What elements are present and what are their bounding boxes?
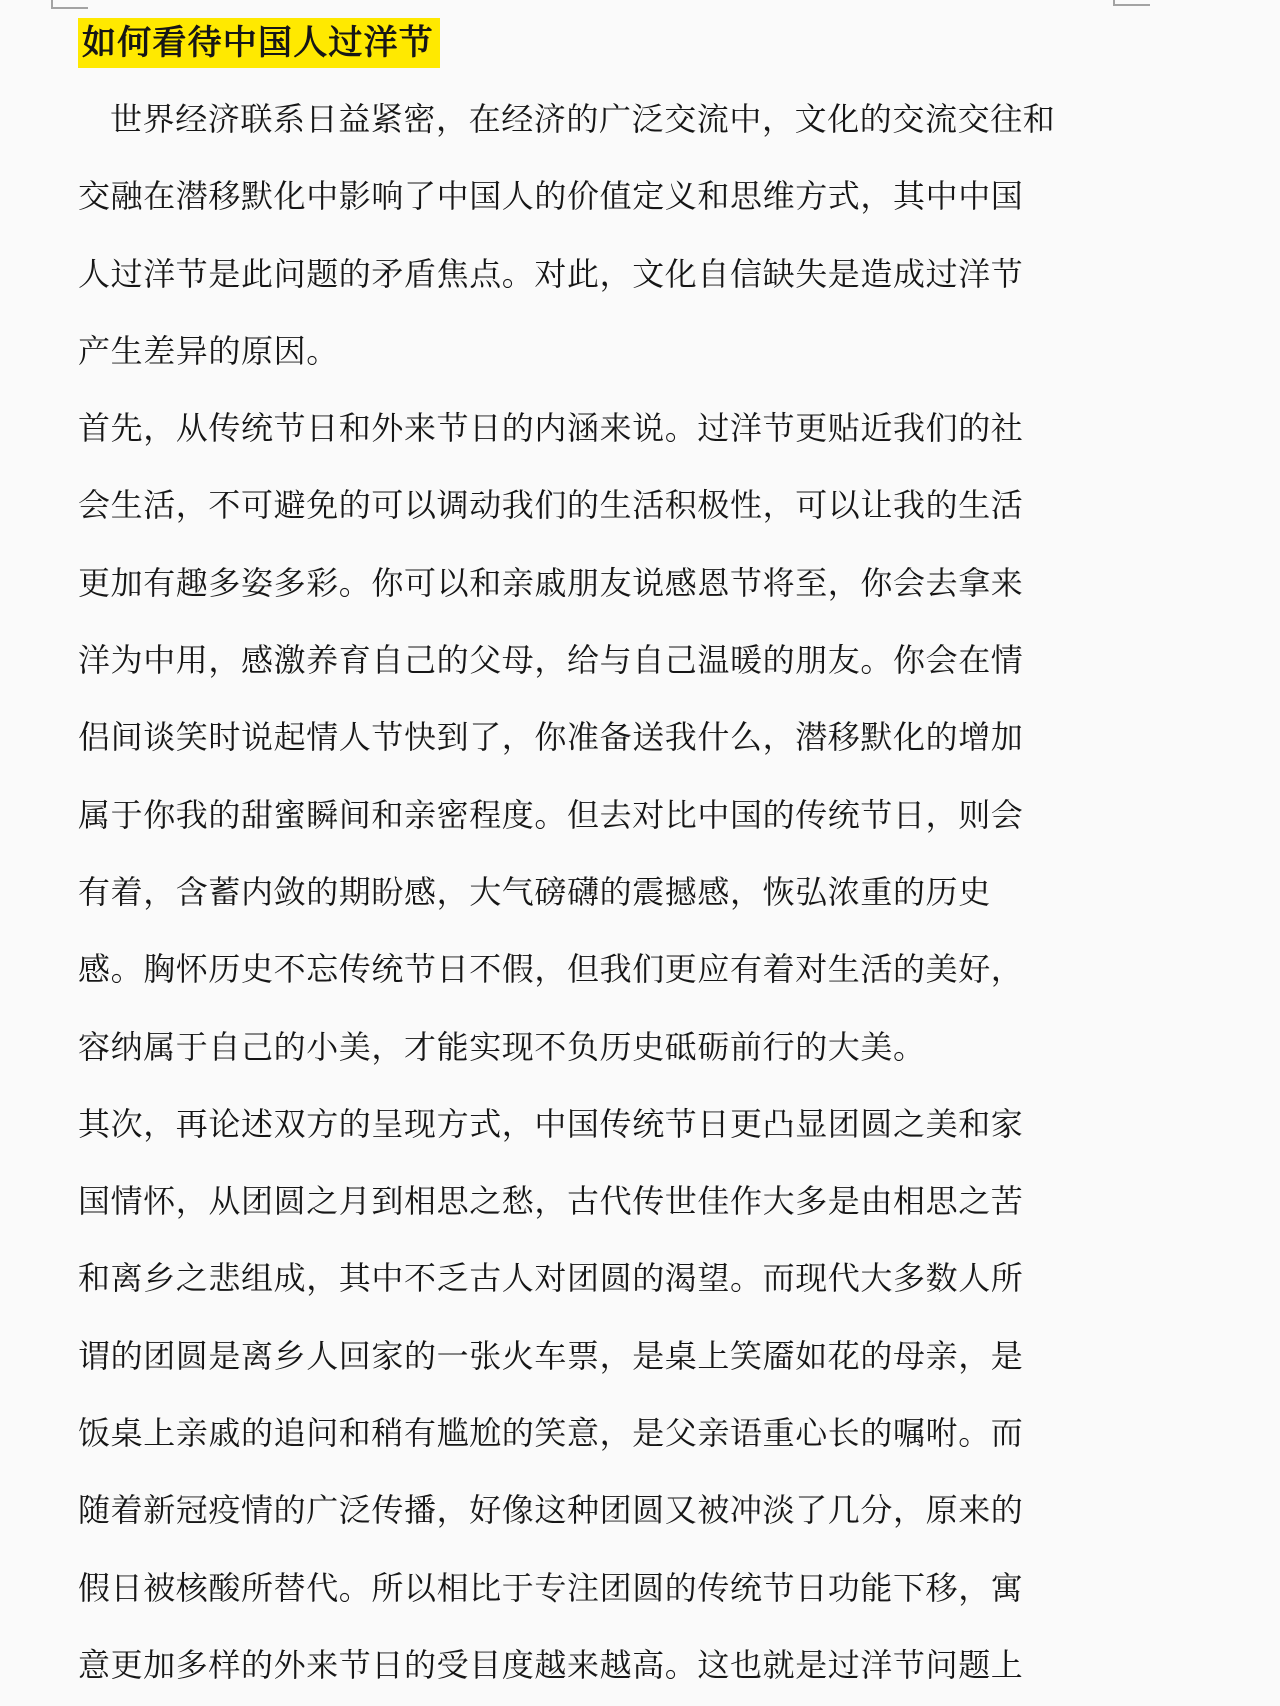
text-line: 人过洋节是此问题的矛盾焦点。对此，文化自信缺失是造成过洋节 — [78, 236, 1178, 313]
document-body: 世界经济联系日益紧密，在经济的广泛交流中，文化的交流交往和交融在潜移默化中影响了… — [78, 81, 1178, 1704]
text-line: 谓的团圆是离乡人回家的一张火车票，是桌上笑靥如花的母亲，是 — [78, 1318, 1178, 1395]
text-line: 属于你我的甜蜜瞬间和亲密程度。但去对比中国的传统节日，则会 — [78, 777, 1178, 854]
text-line: 随着新冠疫情的广泛传播，好像这种团圆又被冲淡了几分，原来的 — [78, 1472, 1178, 1549]
text-line: 意更加多样的外来节日的受目度越来越高。这也就是过洋节问题上 — [78, 1627, 1178, 1704]
text-boundary-mark-top-left — [51, 0, 88, 9]
text-line: 国情怀，从团圆之月到相思之愁，古代传世佳作大多是由相思之苦 — [78, 1163, 1178, 1240]
text-line: 感。胸怀历史不忘传统节日不假，但我们更应有着对生活的美好， — [78, 931, 1178, 1008]
text-line: 世界经济联系日益紧密，在经济的广泛交流中，文化的交流交往和 — [78, 81, 1178, 158]
text-line: 洋为中用，感激养育自己的父母，给与自己温暖的朋友。你会在情 — [78, 622, 1178, 699]
text-line: 饭桌上亲戚的追问和稍有尴尬的笑意，是父亲语重心长的嘱咐。而 — [78, 1395, 1178, 1472]
document-title-highlighted: 如何看待中国人过洋节 — [78, 18, 440, 68]
text-line: 假日被核酸所替代。所以相比于专注团圆的传统节日功能下移，寓 — [78, 1550, 1178, 1627]
text-line: 会生活，不可避免的可以调动我们的生活积极性，可以让我的生活 — [78, 467, 1178, 544]
document-page: 如何看待中国人过洋节 世界经济联系日益紧密，在经济的广泛交流中，文化的交流交往和… — [0, 0, 1280, 1706]
text-line: 更加有趣多姿多彩。你可以和亲戚朋友说感恩节将至，你会去拿来 — [78, 545, 1178, 622]
text-line: 首先，从传统节日和外来节日的内涵来说。过洋节更贴近我们的社 — [78, 390, 1178, 467]
text-boundary-mark-top-right — [1113, 0, 1150, 6]
text-line: 交融在潜移默化中影响了中国人的价值定义和思维方式，其中中国 — [78, 158, 1178, 235]
text-line: 和离乡之悲组成，其中不乏古人对团圆的渴望。而现代大多数人所 — [78, 1240, 1178, 1317]
text-line: 容纳属于自己的小美，才能实现不负历史砥砺前行的大美。 — [78, 1009, 1178, 1086]
text-line: 产生差异的原因。 — [78, 313, 1178, 390]
text-line: 有着，含蓄内敛的期盼感，大气磅礴的震撼感，恢弘浓重的历史 — [78, 854, 1178, 931]
text-line: 其次，再论述双方的呈现方式，中国传统节日更凸显团圆之美和家 — [78, 1086, 1178, 1163]
text-line: 侣间谈笑时说起情人节快到了，你准备送我什么，潜移默化的增加 — [78, 699, 1178, 776]
